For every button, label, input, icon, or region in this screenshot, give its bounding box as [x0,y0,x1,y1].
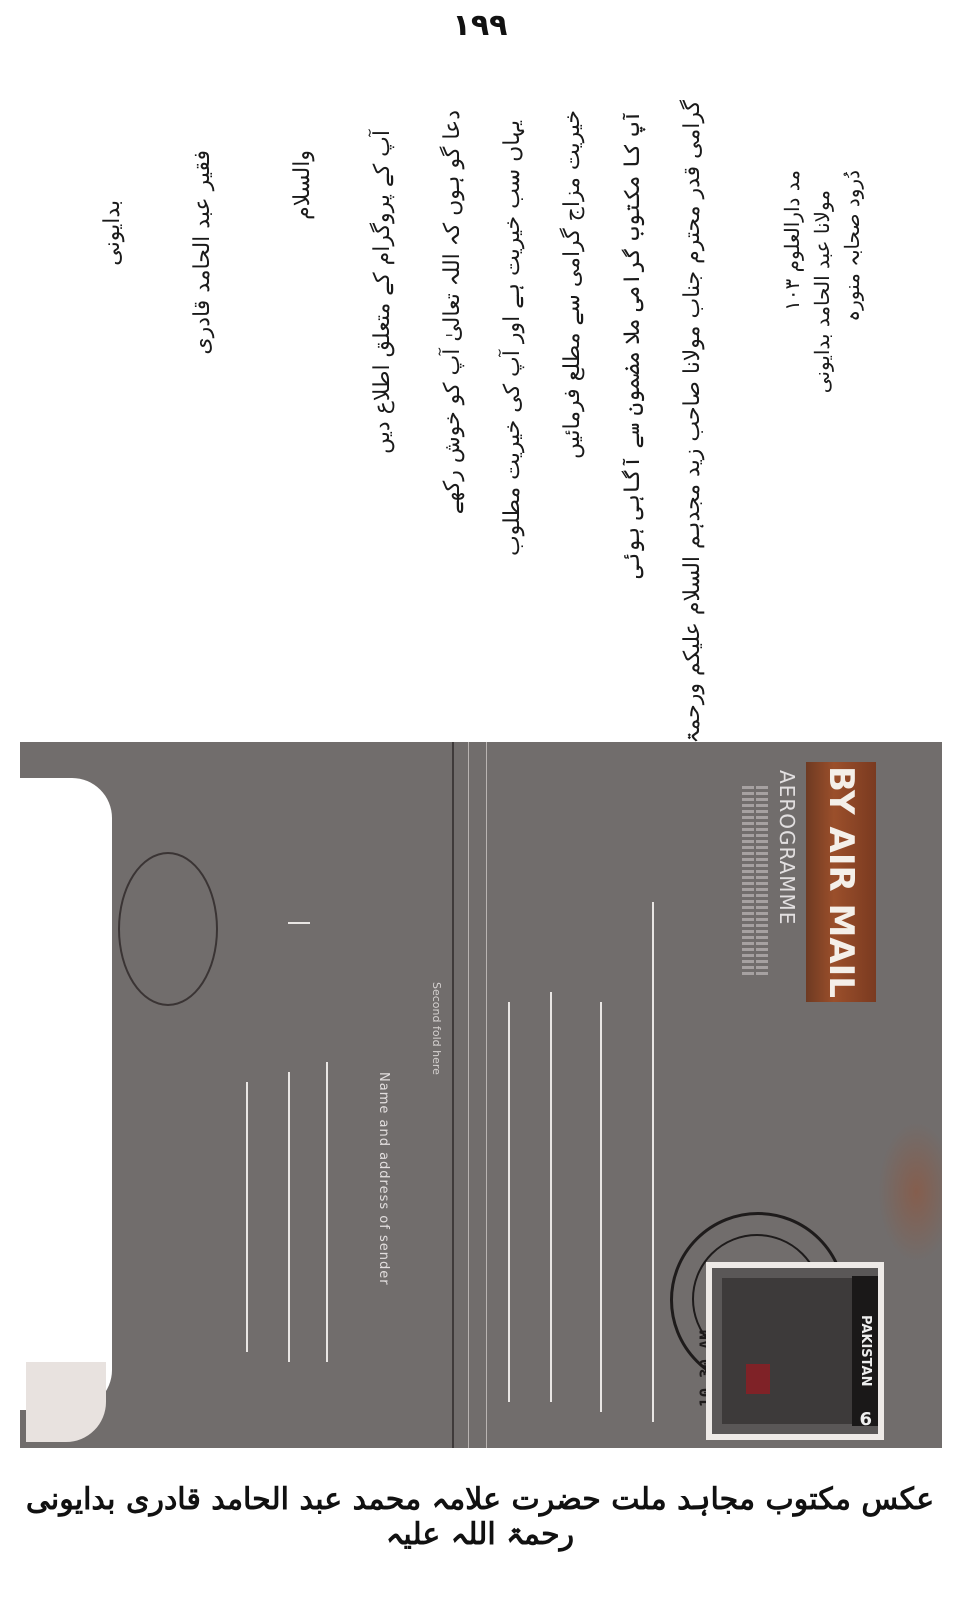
fold-line [452,742,454,1448]
letter-line: آپ کے پروگرام کے متعلق اطلاع دیں [370,130,395,454]
aerogramme-label: AEROGRAMME [772,770,802,1030]
sender-line [326,1062,328,1362]
airmail-label: BY AIR MAIL [806,762,876,1002]
address-line [550,992,552,1402]
letter-line: والسلام [290,150,315,220]
address-line [652,902,654,1422]
aerogramme-photo: BY AIR MAIL AEROGRAMME Name and address … [20,742,942,1448]
page-number: ۱۹۹ [0,8,960,43]
letter-line: دعا گو ہوں کہ اللہ تعالیٰ آپ کو خوش رکھے [440,110,465,514]
stamp-country: PAKISTAN [852,1276,878,1426]
letter-line: فقیر عبد الحامد قادری [190,150,215,355]
sender-line [288,1072,290,1362]
postage-stamp: PAKISTAN 6 [706,1262,884,1440]
letter-line: ۱۰۳ مد دارالعلوم [780,170,804,311]
handwritten-letter: دُرود صحابہ منورہ مولانا عبد الحامد بدای… [40,70,920,720]
letter-line: آپ کا مکتوب گرامی ملا مضمون سے آگاہی ہوئ… [620,110,645,578]
letter-line: خیریت مزاج گرامی سے مطلع فرمائیں [560,110,585,459]
postmark-left [118,852,218,1006]
address-line [508,1002,510,1402]
letter-line: یہاں سب خیریت ہے اور آپ کی خیریت مطلوب [500,120,525,556]
sender-address-label: Name and address of sender [376,1072,391,1286]
address-line [600,1002,602,1412]
letter-line: مولانا عبد الحامد بدایونی [810,190,834,393]
aerogramme-flap [20,778,112,1410]
figure-caption: عکس مکتوب مجاہد ملت حضرت علامہ محمد عبد … [0,1482,960,1552]
sender-line [246,1082,248,1352]
letter-line: دُرود صحابہ منورہ [840,170,864,322]
fold-instruction: Second fold here [430,982,443,1075]
stamp-value: 6 [859,1409,872,1430]
letter-line: بدایونی [100,200,125,266]
